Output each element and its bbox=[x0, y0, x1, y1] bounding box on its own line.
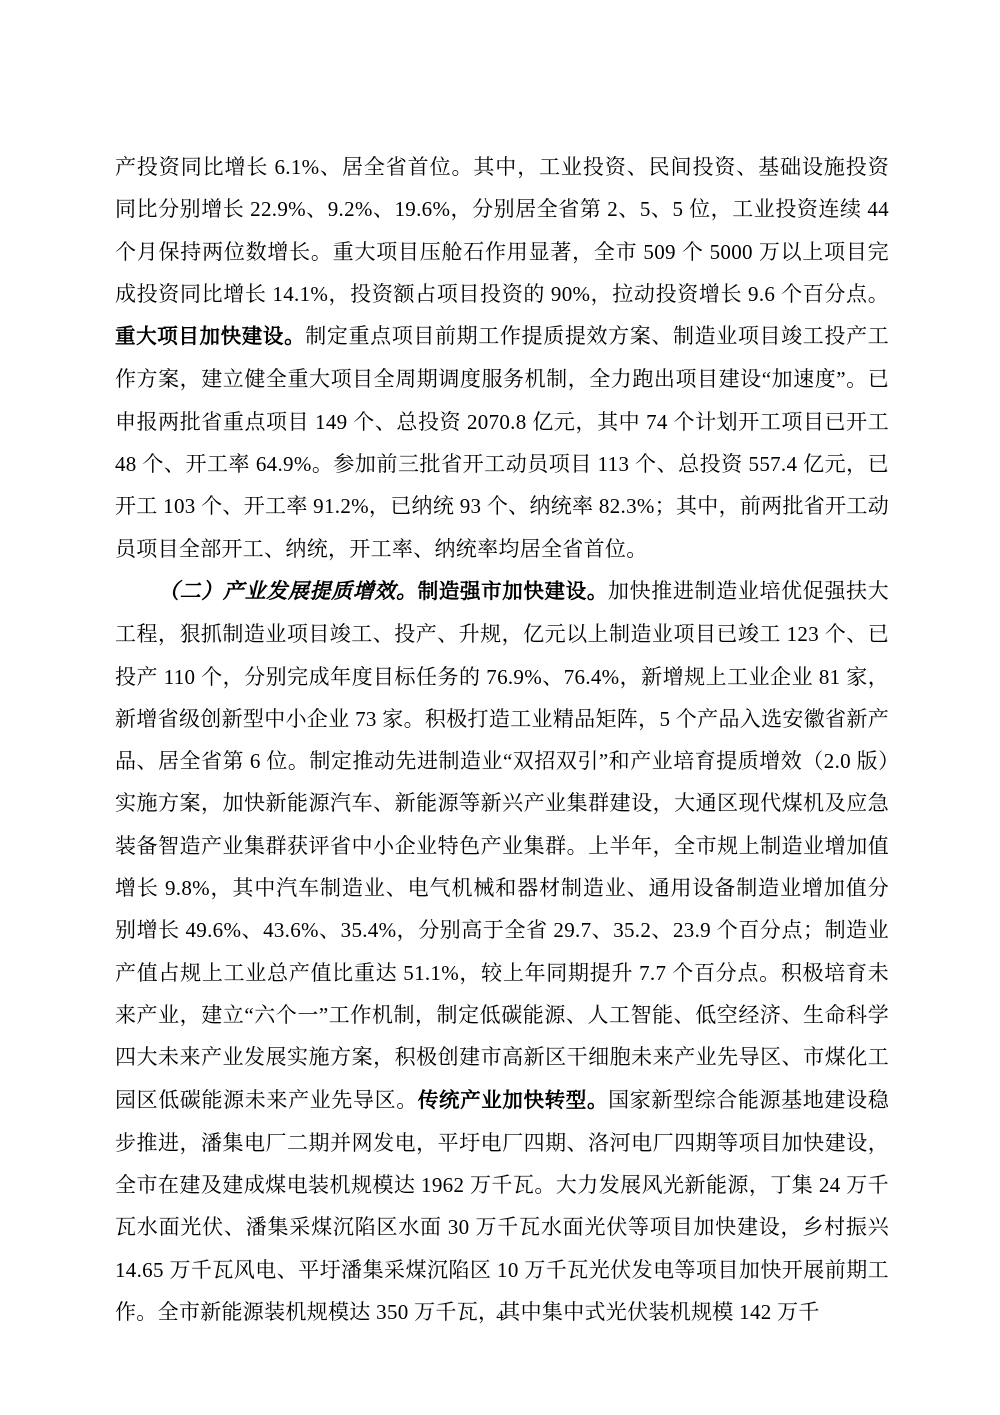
document-body: 产投资同比增长 6.1%、居全省首位。其中，工业投资、民间投资、基础设施投资同比… bbox=[115, 146, 889, 1333]
text-segment: 加快推进制造业培优促强扶大工程，狠抓制造业项目竣工、投产、升规，亿元以上制造业项… bbox=[115, 579, 889, 1112]
emphasis-segment: 传统产业加快转型。 bbox=[418, 1089, 608, 1112]
paragraph: （二）产业发展提质增效。制造强市加快建设。加快推进制造业培优促强扶大工程，狠抓制… bbox=[115, 570, 889, 1333]
document-page: 产投资同比增长 6.1%、居全省首位。其中，工业投资、民间投资、基础设施投资同比… bbox=[0, 0, 1000, 1415]
text-segment: 国家新型综合能源基地建设稳步推进，潘集电厂二期并网发电，平圩电厂四期、洛河电厂四… bbox=[115, 1088, 889, 1324]
emphasis-segment: 制造强市加快建设。 bbox=[418, 580, 608, 603]
page-number: 4 bbox=[0, 1308, 1000, 1325]
paragraph: 产投资同比增长 6.1%、居全省首位。其中，工业投资、民间投资、基础设施投资同比… bbox=[115, 146, 889, 570]
emphasis-segment: （二）产业发展提质增效。 bbox=[158, 579, 418, 603]
text-segment: 产投资同比增长 6.1%、居全省首位。其中，工业投资、民间投资、基础设施投资同比… bbox=[115, 155, 889, 306]
text-segment: 制定重点项目前期工作提质提效方案、制造业项目竣工投产工作方案，建立健全重大项目全… bbox=[115, 324, 889, 560]
emphasis-segment: 重大项目加快建设。 bbox=[115, 325, 305, 348]
